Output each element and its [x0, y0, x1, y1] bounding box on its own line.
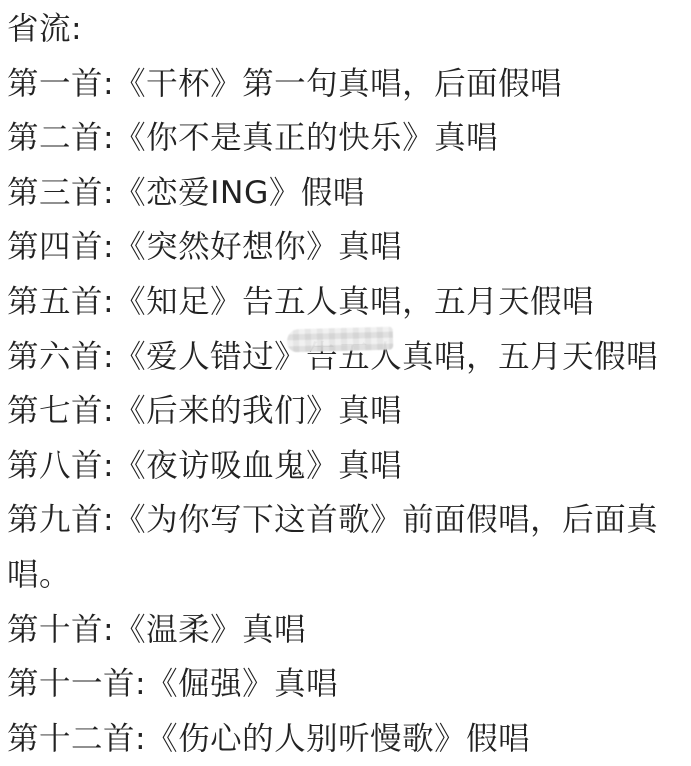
song-line-8: 第八首:《夜访吸血鬼》真唱	[7, 439, 691, 494]
song-line-11: 第十一首:《倔强》真唱	[7, 657, 691, 712]
text-post: 省流: 第一首:《干杯》第一句真唱，后面假唱 第二首:《你不是真正的快乐》真唱 …	[0, 0, 691, 766]
song-line-1: 第一首:《干杯》第一句真唱，后面假唱	[7, 57, 691, 112]
song-line-3: 第三首:《恋爱ING》假唱	[7, 166, 691, 221]
song-line-2: 第二首:《你不是真正的快乐》真唱	[7, 111, 691, 166]
song-line-9: 第九首:《为你写下这首歌》前面假唱，后面真唱。	[7, 493, 691, 602]
summary-header: 省流:	[7, 2, 691, 57]
mosaic-watermark	[287, 327, 394, 353]
song-line-10: 第十首:《温柔》真唱	[7, 603, 691, 658]
song-line-7: 第七首:《后来的我们》真唱	[7, 384, 691, 439]
song-line-4: 第四首:《突然好想你》真唱	[7, 220, 691, 275]
song-line-12: 第十二首:《伤心的人别听慢歌》假唱	[7, 712, 691, 766]
song-line-5: 第五首:《知足》告五人真唱，五月天假唱	[7, 275, 691, 330]
